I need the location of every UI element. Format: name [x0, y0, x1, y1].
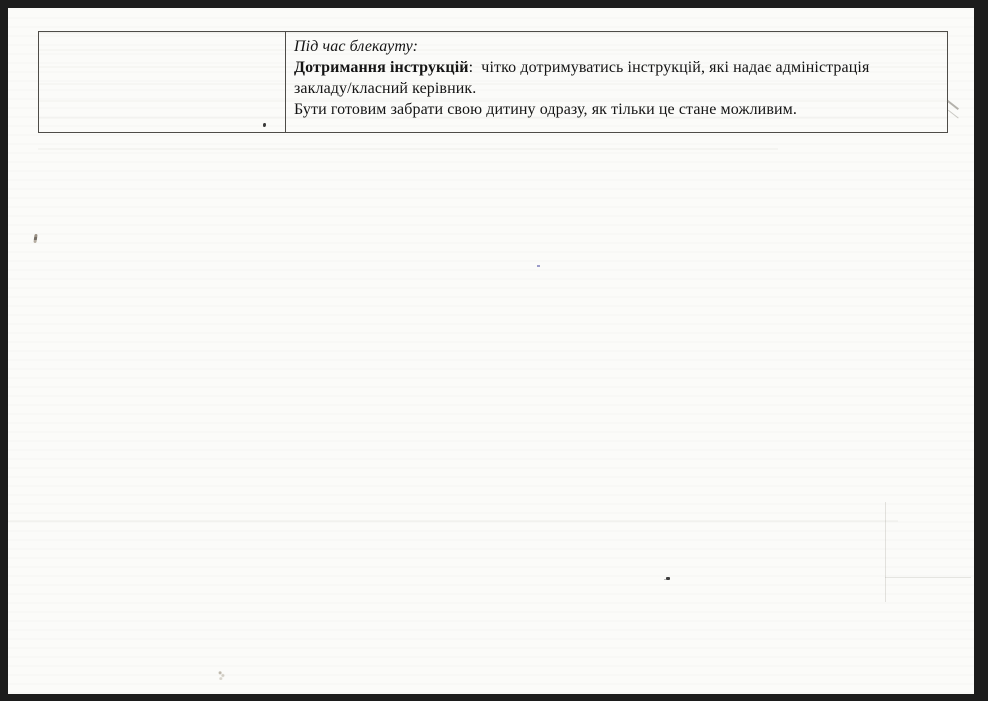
paper-crease-vertical — [885, 502, 886, 602]
scan-speck-left — [33, 234, 37, 243]
blackout-heading: Під час блекауту: — [294, 36, 941, 57]
ink-dot — [263, 123, 266, 127]
scan-scratch-right — [947, 100, 959, 110]
instruction-wrap-line: закладу/класний керівник. — [294, 78, 941, 99]
scan-speck-center — [666, 577, 670, 580]
paper-crease-horizontal — [885, 577, 971, 578]
instruction-definition: : чітко дотримуватись інструкцій, які на… — [469, 59, 870, 76]
info-table: Під час блекауту: Дотримання інструкцій:… — [38, 31, 948, 133]
instruction-term: Дотримання інструкцій — [294, 59, 469, 76]
scan-streak — [38, 148, 778, 150]
readiness-line: Бути готовим забрати свою дитину одразу,… — [294, 99, 941, 120]
scan-speck-blue — [537, 265, 540, 267]
instruction-line: Дотримання інструкцій: чітко дотримувати… — [294, 57, 941, 78]
scanned-page: Під час блекауту: Дотримання інструкцій:… — [8, 8, 974, 694]
scan-streak — [8, 520, 898, 522]
scan-speck-bottom — [218, 671, 225, 680]
table-right-cell: Під час блекауту: Дотримання інструкцій:… — [287, 32, 947, 132]
table-left-cell — [39, 32, 286, 132]
scanner-frame: Під час блекауту: Дотримання інструкцій:… — [0, 0, 988, 701]
